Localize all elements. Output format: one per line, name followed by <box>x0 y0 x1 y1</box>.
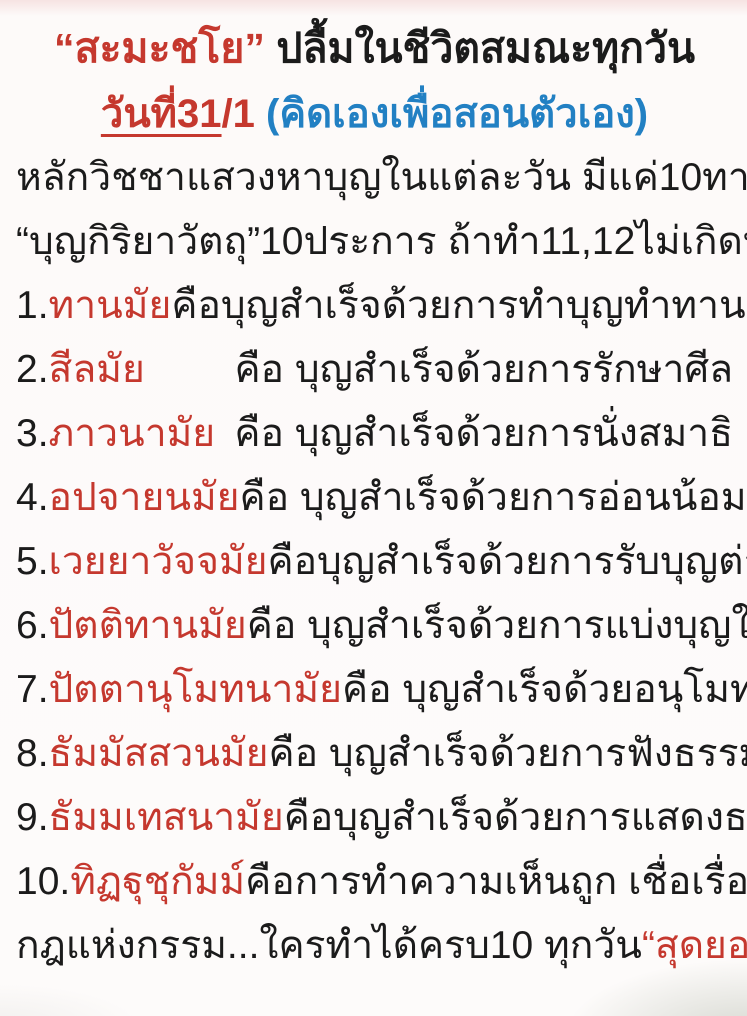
item-term: ธัมมเทสนามัย <box>49 786 284 850</box>
item-description: คือบุญสำเร็จด้วยการรับบุญต่างๆ <box>268 530 747 594</box>
item-number: 2. <box>16 338 49 402</box>
item-term: ปัตติทานมัย <box>49 594 247 658</box>
merit-item: 7.ปัตตานุโมทนามัยคือ บุญสำเร็จด้วยอนุโมท… <box>16 658 733 722</box>
item-term: ทิฏฐุชุกัมม์ <box>70 850 245 914</box>
closing-text: กฎแห่งกรรม...ใครทำได้ครบ10 ทุกวัน <box>16 914 642 978</box>
item-description: คือบุญสำเร็จด้วยการทำบุญทำทาน <box>171 274 745 338</box>
merit-item: 9.ธัมมเทสนามัยคือบุญสำเร็จด้วยการแสดงธรร… <box>16 786 733 850</box>
item-number: 9. <box>16 786 49 850</box>
item-number: 3. <box>16 402 49 466</box>
merit-item: 4.อปจายนมัยคือ บุญสำเร็จด้วยการอ่อนน้อม <box>16 466 733 530</box>
item-number: 10. <box>16 850 70 914</box>
item-term: ภาวนามัย <box>49 402 216 466</box>
date-rest: /1 <box>222 92 255 136</box>
item-term: ทานมัย <box>49 274 172 338</box>
item-term: ปัตตานุโมทนามัย <box>49 658 342 722</box>
date-underlined: วันที่31 <box>101 92 222 136</box>
item-term: ธัมมัสสวนมัย <box>49 722 269 786</box>
closing-line: กฎแห่งกรรม...ใครทำได้ครบ10 ทุกวัน “สุดยอ… <box>16 914 733 978</box>
item-description: คือ บุญสำเร็จด้วยการฟังธรรม <box>268 722 747 786</box>
document-page: “สะมะชโย” ปลื้มในชีวิตสมณะทุกวัน วันที่3… <box>0 0 747 1016</box>
page-title: “สะมะชโย” ปลื้มในชีวิตสมณะทุกวัน <box>16 14 733 82</box>
merit-item: 1.ทานมัยคือบุญสำเร็จด้วยการทำบุญทำทาน <box>16 274 733 338</box>
date-note: (คิดเองเพื่อสอนตัวเอง) <box>255 92 648 136</box>
closing-highlight: “สุดยอด” <box>642 914 747 978</box>
title-rest: ปลื้มในชีวิตสมณะทุกวัน <box>265 25 695 71</box>
merit-list: 1.ทานมัยคือบุญสำเร็จด้วยการทำบุญทำทาน 2.… <box>16 274 733 914</box>
merit-item: 6.ปัตติทานมัยคือ บุญสำเร็จด้วยการแบ่งบุญ… <box>16 594 733 658</box>
item-description: คือบุญสำเร็จด้วยการแสดงธรรม <box>284 786 747 850</box>
item-description: คือ บุญสำเร็จด้วยการนั่งสมาธิ <box>234 402 733 466</box>
intro-line-2: “บุญกิริยาวัตถุ”10ประการ ถ้าทำ11,12ไม่เก… <box>16 210 733 274</box>
item-term: อปจายนมัย <box>49 466 240 530</box>
item-term: สีลมัย <box>49 338 145 402</box>
item-description: คือการทำความเห็นถูก เชื่อเรื่อง <box>245 850 747 914</box>
merit-item: 2.สีลมัยคือ บุญสำเร็จด้วยการรักษาศีล <box>16 338 733 402</box>
merit-item: 8.ธัมมัสสวนมัยคือ บุญสำเร็จด้วยการฟังธรร… <box>16 722 733 786</box>
item-number: 8. <box>16 722 49 786</box>
item-number: 7. <box>16 658 49 722</box>
item-term: เวยยาวัจจมัย <box>49 530 268 594</box>
item-number: 6. <box>16 594 49 658</box>
item-number: 1. <box>16 274 49 338</box>
title-quoted-name: “สะมะชโย” <box>54 25 265 71</box>
merit-item: 5.เวยยาวัจจมัยคือบุญสำเร็จด้วยการรับบุญต… <box>16 530 733 594</box>
item-description: คือ บุญสำเร็จด้วยอนุโมทนา <box>342 658 747 722</box>
item-description: คือ บุญสำเร็จด้วยการแบ่งบุญให้ <box>247 594 747 658</box>
item-description: คือ บุญสำเร็จด้วยการรักษาศีล <box>234 338 733 402</box>
item-number: 4. <box>16 466 49 530</box>
item-number: 5. <box>16 530 49 594</box>
date-line: วันที่31/1 (คิดเองเพื่อสอนตัวเอง) <box>16 82 733 146</box>
merit-item: 3.ภาวนามัยคือ บุญสำเร็จด้วยการนั่งสมาธิ <box>16 402 733 466</box>
intro-line-1: หลักวิชชาแสวงหาบุญในแต่ละวัน มีแค่10ทางค… <box>16 146 733 210</box>
merit-item: 10.ทิฏฐุชุกัมม์คือการทำความเห็นถูก เชื่อ… <box>16 850 733 914</box>
item-description: คือ บุญสำเร็จด้วยการอ่อนน้อม <box>240 466 747 530</box>
